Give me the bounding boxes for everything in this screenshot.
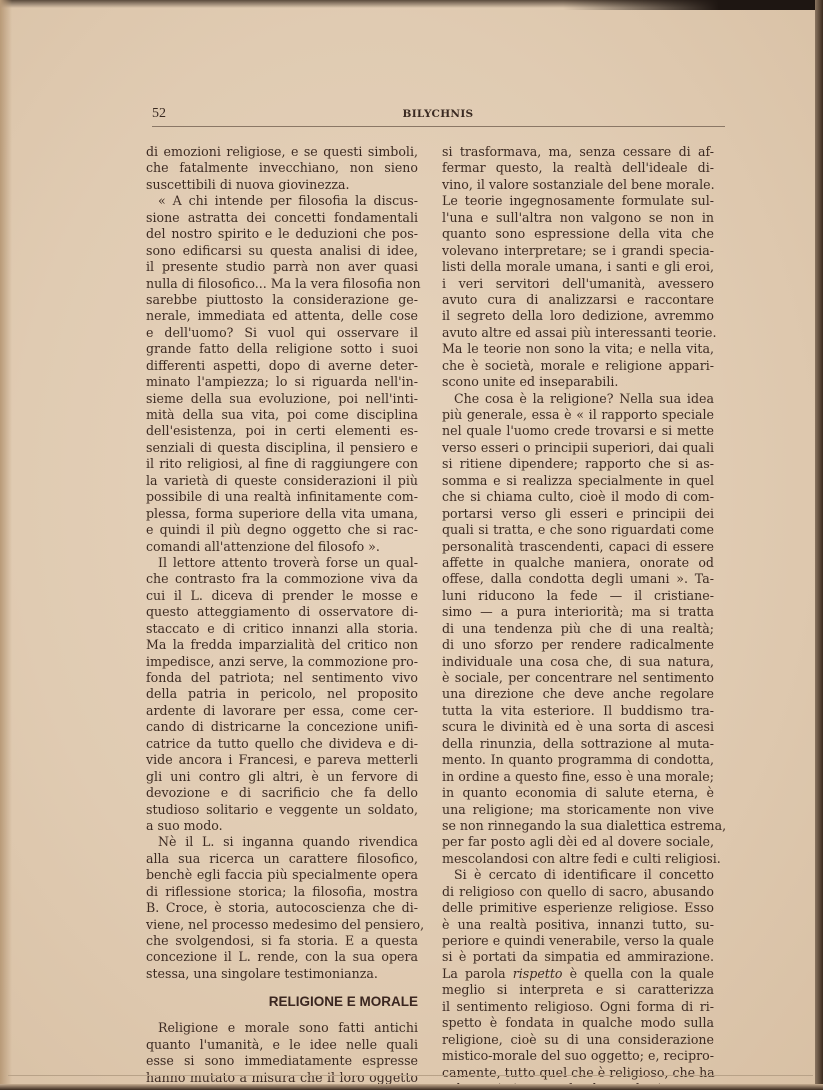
text-line: staccato e di critico innanzi alla stori… bbox=[146, 621, 418, 637]
text-line: sarebbe piuttosto la considerazione ge- bbox=[146, 292, 418, 308]
text-line: si ritiene dipendere; rapporto che si as… bbox=[442, 456, 714, 472]
text-line: il rito religiosi, al fine di raggiunger… bbox=[146, 456, 418, 472]
text-line: luni riducono la fede — il cristiane- bbox=[442, 588, 714, 604]
italic-word: rispetto bbox=[513, 966, 563, 981]
page-top-shadow bbox=[563, 0, 823, 10]
text-line: avuto altre ed assai più interessanti te… bbox=[442, 325, 714, 341]
text-line: e quindi il più degno oggetto che si rac… bbox=[146, 522, 418, 538]
text-line: vide ancora i Francesi, e pareva metterl… bbox=[146, 752, 418, 768]
paragraph: di emozioni religiose, e se questi simbo… bbox=[146, 144, 418, 193]
text-line: impedisce, anzi serve, la commozione pro… bbox=[146, 654, 418, 670]
text-line: che svolgendosi, si fa storia. E a quest… bbox=[146, 933, 418, 949]
text-line: quanto sono espressione della vita che bbox=[442, 226, 714, 242]
text-line: la varietà di queste considerazioni il p… bbox=[146, 473, 418, 489]
text-line: quanto l'umanità, e le idee nelle quali bbox=[146, 1037, 418, 1053]
text-line: Le teorie ingegnosamente formulate sul- bbox=[442, 193, 714, 209]
text-line: mità della sua vita, poi come disciplina bbox=[146, 407, 418, 423]
text-line: il sentimento religioso. Ogni forma di r… bbox=[442, 999, 714, 1015]
text-line: di una tendenza più che di una realtà; bbox=[442, 621, 714, 637]
paragraph: Il lettore attento troverà forse un qual… bbox=[146, 555, 418, 834]
text-run: è quella con la quale bbox=[562, 966, 714, 981]
text-line: devozione e di sacrificio che fa dello bbox=[146, 785, 418, 801]
text-line: benchè egli faccia più specialmente oper… bbox=[146, 867, 418, 883]
text-line: mistico-morale del suo oggetto; e, recip… bbox=[442, 1048, 714, 1064]
text-line: si trasformava, ma, senza cessare di af- bbox=[442, 144, 714, 160]
text-line: delle primitive esperienze religiose. Es… bbox=[442, 900, 714, 916]
page-right-edge bbox=[815, 0, 823, 1090]
text-line: volevano interpretare; se i grandi speci… bbox=[442, 243, 714, 259]
text-line: Nè il L. si inganna quando rivendica bbox=[146, 834, 418, 850]
text-line: della patria in pericolo, nel proposito bbox=[146, 686, 418, 702]
text-line: scono unite ed inseparabili. bbox=[442, 374, 714, 390]
text-line: e dell'uomo? Si vuol qui osservare il bbox=[146, 325, 418, 341]
text-line: si è portati da simpatia ed ammirazione. bbox=[442, 949, 714, 965]
text-line: ardente di lavorare per essa, come cer- bbox=[146, 703, 418, 719]
paragraph: si trasformava, ma, senza cessare di af-… bbox=[442, 144, 714, 391]
text-line: che fatalmente invecchiano, non sieno bbox=[146, 160, 418, 176]
text-line: del nostro spirito e le deduzioni che po… bbox=[146, 226, 418, 242]
text-line: questo atteggiamento di osservatore di- bbox=[146, 604, 418, 620]
text-line: sono edificarsi su questa analisi di ide… bbox=[146, 243, 418, 259]
text-line: nerale, immediata ed attenta, delle cose bbox=[146, 308, 418, 324]
text-line: differenti aspetti, dopo di averne deter… bbox=[146, 358, 418, 374]
text-line: che si chiama culto, cioè il modo di com… bbox=[442, 489, 714, 505]
text-line: Si è cercato di identificare il concetto bbox=[442, 867, 714, 883]
text-line: possibile di una realtà infinitamente co… bbox=[146, 489, 418, 505]
text-line: di emozioni religiose, e se questi simbo… bbox=[146, 144, 418, 160]
right-column: si trasformava, ma, senza cessare di af-… bbox=[442, 144, 714, 1090]
text-line: mento. In quanto programma di condotta, bbox=[442, 752, 714, 768]
text-line: una religione; ma storicamente non vive bbox=[442, 802, 714, 818]
text-line: esse si sono immediatamente espresse bbox=[146, 1053, 418, 1069]
paragraph: Si è cercato di identificare il concetto… bbox=[442, 867, 714, 1090]
text-line: Ma la fredda imparzialità del critico no… bbox=[146, 637, 418, 653]
text-line: affette in qualche maniera, onorate od bbox=[442, 555, 714, 571]
text-line: Religione e morale sono fatti antichi bbox=[146, 1020, 418, 1036]
text-line: cando di districarne la concezione unifi… bbox=[146, 719, 418, 735]
page-bottom-edge bbox=[0, 1084, 823, 1090]
scanned-page: 52 BILYCHNIS di emozioni religiose, e se… bbox=[0, 0, 823, 1090]
text-line: tutta la vita esteriore. Il buddismo tra… bbox=[442, 703, 714, 719]
text-line: « A chi intende per filosofia la discus- bbox=[146, 193, 418, 209]
text-line: religione, cioè su di una considerazione bbox=[442, 1032, 714, 1048]
text-line: camente, tutto quel che è religioso, che… bbox=[442, 1065, 714, 1081]
text-line: avuto cura di analizzarsi e raccontare bbox=[442, 292, 714, 308]
text-line: fonda del patriota; nel sentimento vivo bbox=[146, 670, 418, 686]
text-line: nel quale l'uomo crede trovarsi e si met… bbox=[442, 423, 714, 439]
text-line: verso esseri o principii superiori, dai … bbox=[442, 440, 714, 456]
text-line: fermar questo, la realtà dell'ideale di- bbox=[442, 160, 714, 176]
text-line: senziali di questa disciplina, il pensie… bbox=[146, 440, 418, 456]
text-line: listi della morale umana, i santi e gli … bbox=[442, 259, 714, 275]
page-bottom-rule bbox=[8, 1075, 813, 1076]
text-line: una direzione che deve anche regolare bbox=[442, 686, 714, 702]
header-rule bbox=[152, 126, 725, 127]
text-line: simo — a pura interiorità; ma si tratta bbox=[442, 604, 714, 620]
text-line: che contrasto fra la commozione viva da bbox=[146, 571, 418, 587]
text-line: Che cosa è la religione? Nella sua idea bbox=[442, 391, 714, 407]
text-line: portarsi verso gli esseri e principii de… bbox=[442, 506, 714, 522]
text-line: periore e quindi venerabile, verso la qu… bbox=[442, 933, 714, 949]
text-line: l'una e sull'altra non valgono se non in bbox=[442, 210, 714, 226]
text-line: spetto è fondata in qualche modo sulla bbox=[442, 1015, 714, 1031]
text-line: di religioso con quello di sacro, abusan… bbox=[442, 884, 714, 900]
text-line: suscettibili di nuova giovinezza. bbox=[146, 177, 418, 193]
text-line: stessa, una singolare testimonianza. bbox=[146, 966, 418, 982]
text-line: studioso solitario e veggente un soldato… bbox=[146, 802, 418, 818]
text-line: se non rinnegando la sua dialettica estr… bbox=[442, 818, 714, 834]
text-line: meglio si interpreta e si caratterizza bbox=[442, 982, 714, 998]
text-line: gli uni contro gli altri, è un fervore d… bbox=[146, 769, 418, 785]
text-line: quali si tratta, e che sono riguardati c… bbox=[442, 522, 714, 538]
section-heading: RELIGIONE E MORALE bbox=[146, 992, 418, 1012]
left-column: di emozioni religiose, e se questi simbo… bbox=[146, 144, 418, 1086]
text-line: sione astratta dei concetti fondamentali bbox=[146, 210, 418, 226]
text-line: in ordine a questo fine, esso è una mora… bbox=[442, 769, 714, 785]
text-line: a suo modo. bbox=[146, 818, 418, 834]
running-header: 52 BILYCHNIS bbox=[152, 106, 724, 128]
text-line: di uno sforzo per rendere radicalmente bbox=[442, 637, 714, 653]
text-line: sieme della sua evoluzione, poi nell'int… bbox=[146, 391, 418, 407]
text-line: viene, nel processo medesimo del pensier… bbox=[146, 917, 418, 933]
text-line: il segreto della loro dedizione, avremmo bbox=[442, 308, 714, 324]
text-line: per far posto agli dèi ed al dovere soci… bbox=[442, 834, 714, 850]
text-line: nulla di filosofico... Ma la vera filoso… bbox=[146, 276, 418, 292]
text-line: più generale, essa è « il rapporto speci… bbox=[442, 407, 714, 423]
text-line: Il lettore attento troverà forse un qual… bbox=[146, 555, 418, 571]
text-line: comandi all'attenzione del filosofo ». bbox=[146, 539, 418, 555]
paragraph: « A chi intende per filosofia la discus-… bbox=[146, 193, 418, 555]
text-line: che è società, morale e religione appari… bbox=[442, 358, 714, 374]
text-line: catrice da tutto quello che divideva e d… bbox=[146, 736, 418, 752]
text-line: scura le divinità ed è una sorta di asce… bbox=[442, 719, 714, 735]
text-line: B. Croce, è storia, autocoscienza che di… bbox=[146, 900, 418, 916]
text-line: vino, il valore sostanziale del bene mor… bbox=[442, 177, 714, 193]
paragraph: Nè il L. si inganna quando rivendica all… bbox=[146, 834, 418, 982]
text-line: della rinunzia, della sottrazione al mut… bbox=[442, 736, 714, 752]
text-line: grande fatto della religione sotto i suo… bbox=[146, 341, 418, 357]
text-line: minato l'ampiezza; lo si riguarda nell'i… bbox=[146, 374, 418, 390]
text-line: il presente studio parrà non aver quasi bbox=[146, 259, 418, 275]
page-left-edge bbox=[0, 0, 12, 1090]
text-line: in quanto economia di salute eterna, è bbox=[442, 785, 714, 801]
text-line: mescolandosi con altre fedi e culti reli… bbox=[442, 851, 714, 867]
text-line: cui il L. diceva di prender le mosse e bbox=[146, 588, 418, 604]
text-line: è sociale, per concentrare nel sentiment… bbox=[442, 670, 714, 686]
paragraph: Religione e morale sono fatti antichi qu… bbox=[146, 1020, 418, 1086]
text-line: di riflessione storica; la filosofia, mo… bbox=[146, 884, 418, 900]
text-line: i veri servitori dell'umanità, avessero bbox=[442, 276, 714, 292]
text-line: offese, dalla condotta degli umani ». Ta… bbox=[442, 571, 714, 587]
text-run: La parola bbox=[442, 966, 513, 981]
text-line: plessa, forma superiore della vita umana… bbox=[146, 506, 418, 522]
text-line: dell'esistenza, poi in certi elementi es… bbox=[146, 423, 418, 439]
text-line: Ma le teorie non sono la vita; e nella v… bbox=[442, 341, 714, 357]
paragraph: Che cosa è la religione? Nella sua idea … bbox=[442, 391, 714, 868]
text-line: somma e si realizza specialmente in quel bbox=[442, 473, 714, 489]
running-title: BILYCHNIS bbox=[152, 108, 724, 120]
text-line: alla sua ricerca un carattere filosofico… bbox=[146, 851, 418, 867]
text-line: concezione il L. rende, con la sua opera bbox=[146, 949, 418, 965]
text-line-with-italic: La parola rispetto è quella con la quale bbox=[442, 966, 714, 982]
text-line: individuale una cosa che, di sua natura, bbox=[442, 654, 714, 670]
text-line: è una realtà positiva, innanzi tutto, su… bbox=[442, 917, 714, 933]
text-line: personalità trascendenti, capaci di esse… bbox=[442, 539, 714, 555]
